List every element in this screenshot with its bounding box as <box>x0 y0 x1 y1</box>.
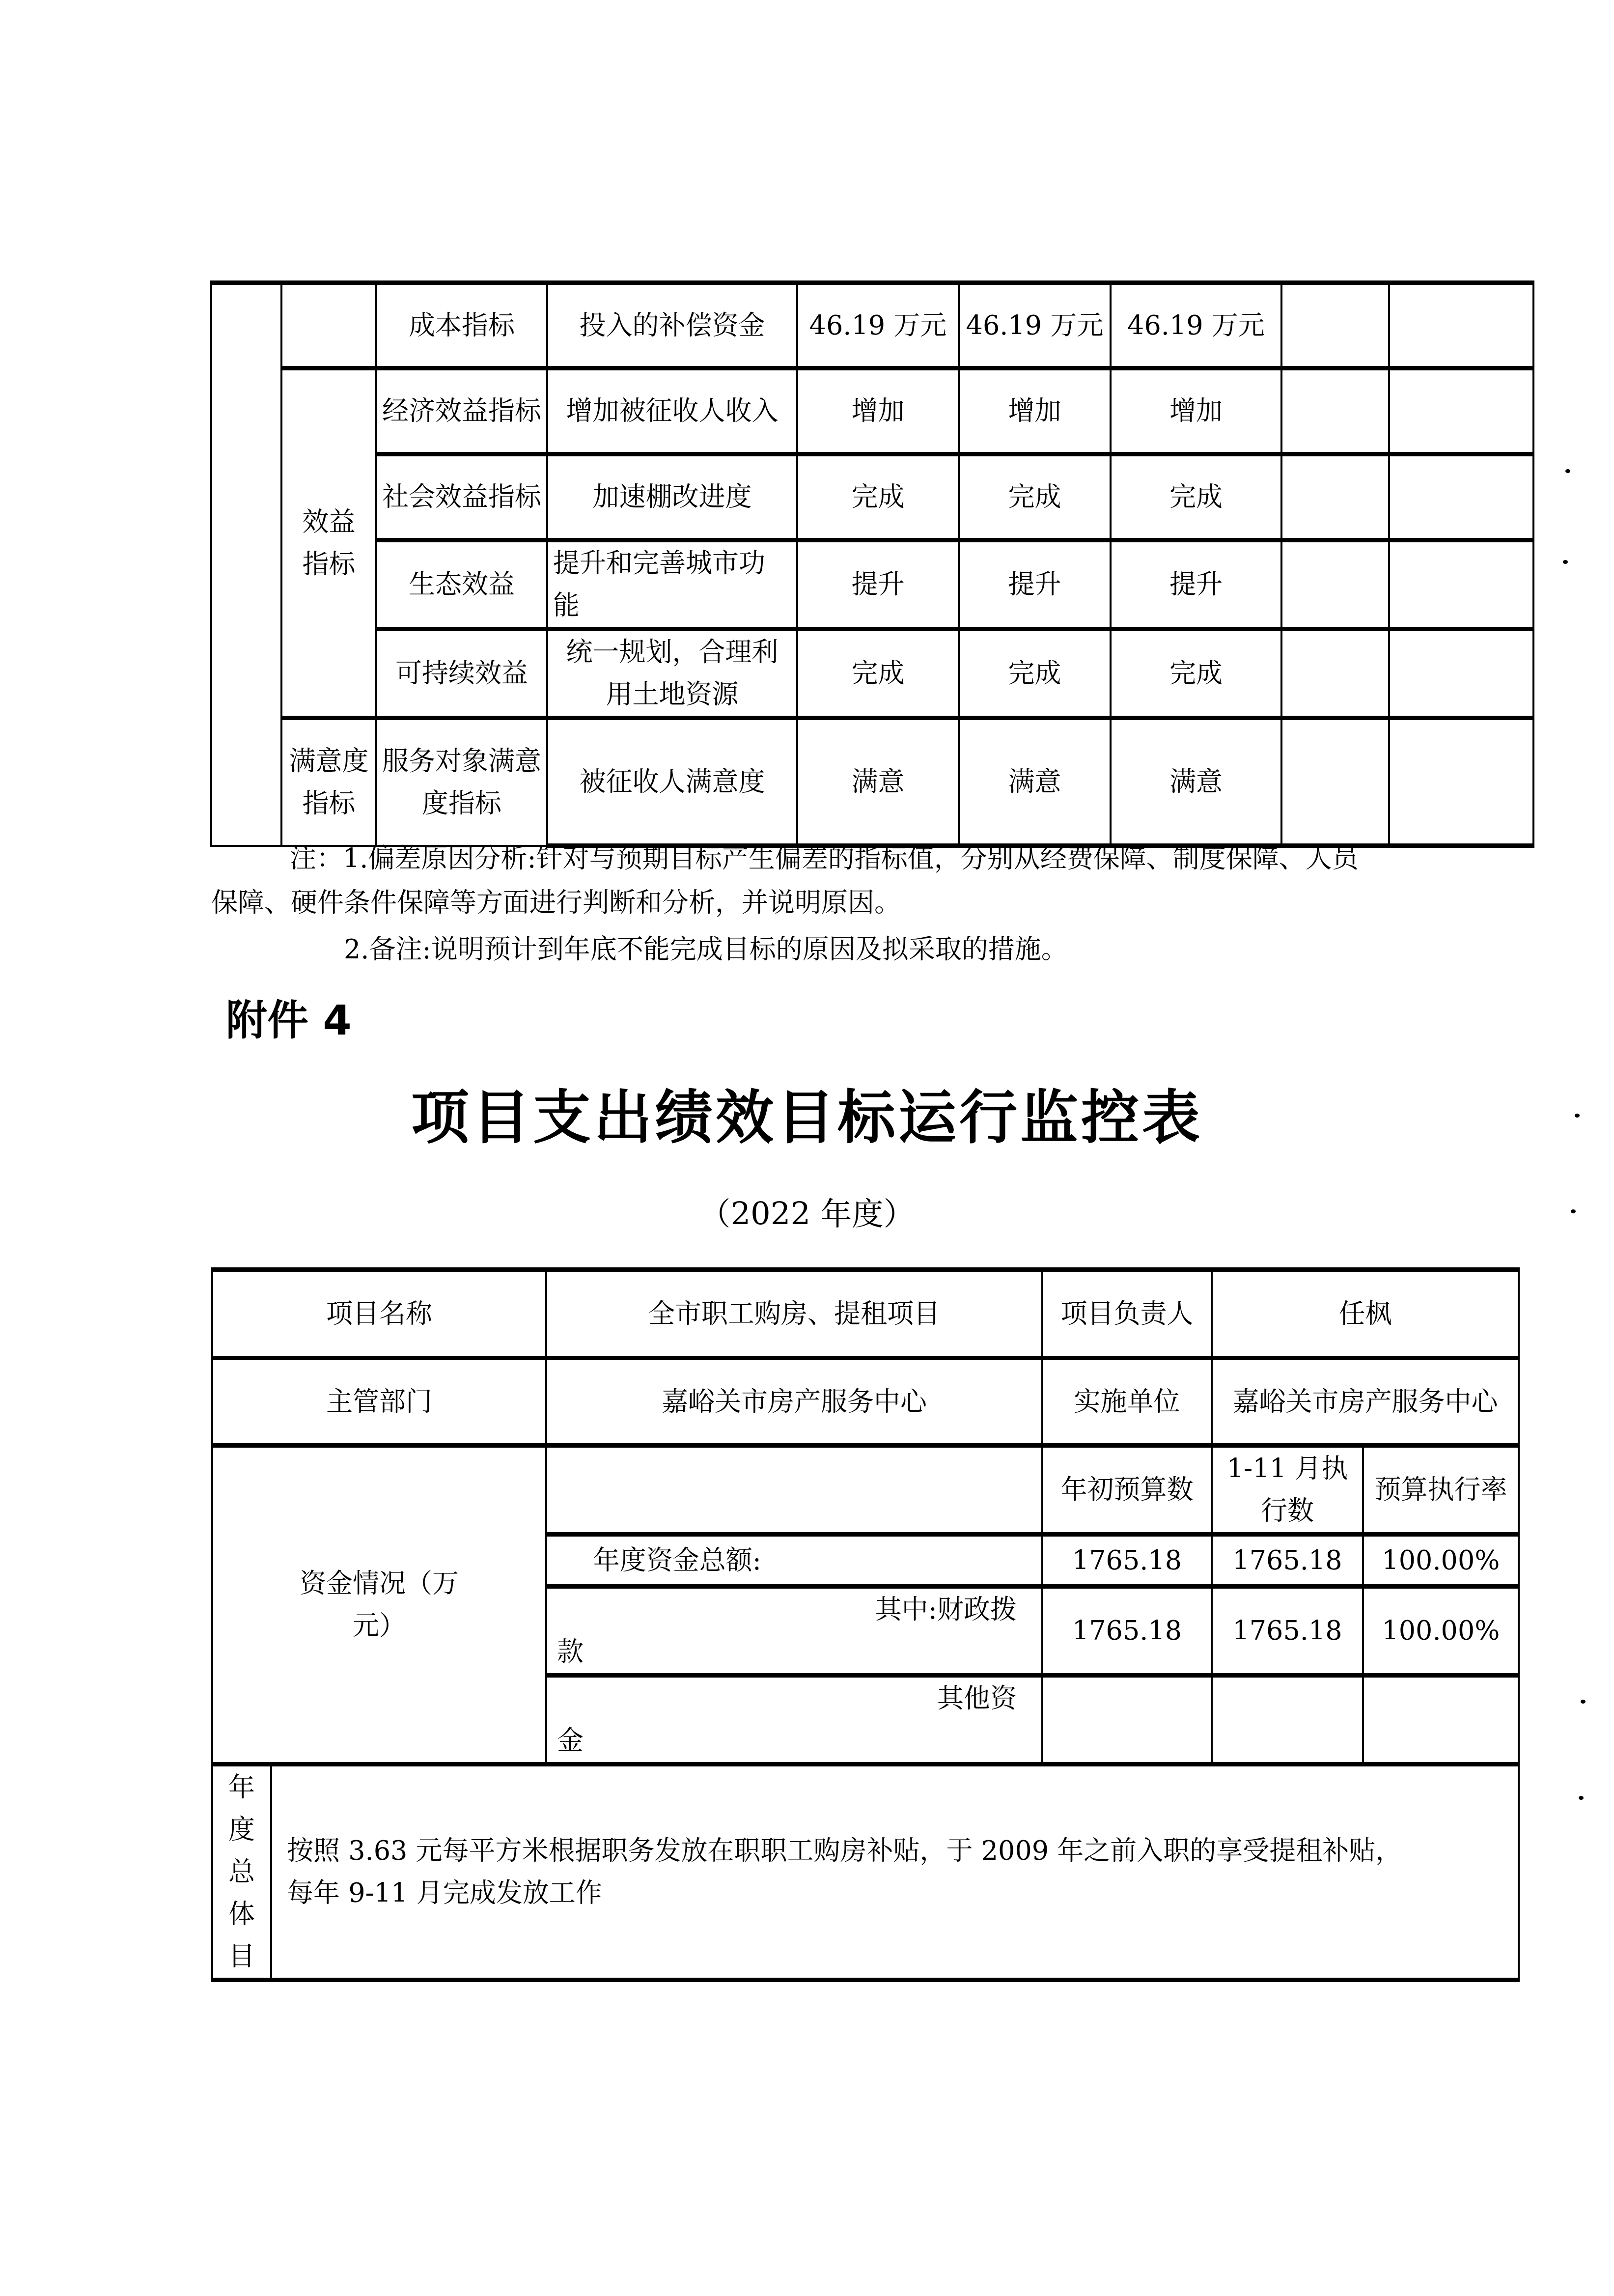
deviation-cell <box>1281 718 1389 846</box>
impl-label: 实施单位 <box>1042 1358 1212 1446</box>
project-name-label: 项目名称 <box>212 1270 546 1358</box>
funds-other-label-line2: 金 <box>557 1720 1017 1762</box>
funds-fiscal-label: 其中:财政拨 款 <box>546 1587 1042 1676</box>
page-subtitle: （2022 年度） <box>0 1189 1614 1234</box>
content-sustainable: 统一规划，合理利用土地资源 <box>547 629 797 718</box>
funds-total-budget: 1765.18 <box>1042 1535 1212 1587</box>
content-satisfaction: 被征收人满意度 <box>547 718 797 846</box>
annual-goal-text: 按照 3.63 元每平方米根据职务发放在职职工购房补贴，于 2009 年之前入职… <box>271 1764 1519 1980</box>
funds-header-blank <box>546 1446 1042 1535</box>
remark-cell <box>1389 540 1533 629</box>
value-3: 提升 <box>1111 540 1281 629</box>
page-title: 项目支出绩效目标运行监控表 <box>0 1071 1614 1154</box>
value-1: 完成 <box>797 454 959 540</box>
funds-total-label: 年度资金总额: <box>546 1535 1042 1587</box>
content-economic: 增加被征收人收入 <box>547 368 797 454</box>
project-monitoring-table: 项目名称 全市职工购房、提租项目 项目负责人 任枫 主管部门 嘉峪关市房产服务中… <box>211 1267 1520 1982</box>
deviation-cell <box>1281 368 1389 454</box>
note-line-2: 保障、硬件条件保障等方面进行判断和分析，并说明原因。 <box>211 882 901 924</box>
annual-goal-line-2: 每年 9-11 月完成发放工作 <box>287 1872 1513 1914</box>
value-3: 完成 <box>1111 454 1281 540</box>
note-line-1: 注：1.偏差原因分析:针对与预期目标产生偏差的指标值，分别从经费保障、制度保障、… <box>290 838 1359 880</box>
attachment-label: 附件 4 <box>226 987 352 1047</box>
value-2: 完成 <box>959 629 1111 718</box>
annual-goal-label: 年度总体目 <box>212 1764 271 1980</box>
dept-label: 主管部门 <box>212 1358 546 1446</box>
funds-fiscal-rate: 100.00% <box>1363 1587 1519 1676</box>
project-name-value: 全市职工购房、提租项目 <box>546 1270 1042 1358</box>
indicator-economic: 经济效益指标 <box>376 368 547 454</box>
value-2: 提升 <box>959 540 1111 629</box>
funds-header-rate: 预算执行率 <box>1363 1446 1519 1535</box>
value-3: 增加 <box>1111 368 1281 454</box>
value-1: 46.19 万元 <box>797 283 959 368</box>
group-cell-blank <box>281 283 376 368</box>
scan-speck <box>1565 469 1570 473</box>
scan-speck <box>1563 560 1568 564</box>
remark-cell <box>1389 454 1533 540</box>
funds-fiscal-label-line2: 款 <box>557 1631 1017 1673</box>
dept-value: 嘉峪关市房产服务中心 <box>546 1358 1042 1446</box>
funds-total-executed: 1765.18 <box>1212 1535 1363 1587</box>
remark-cell <box>1389 718 1533 846</box>
remark-cell <box>1389 629 1533 718</box>
value-3: 完成 <box>1111 629 1281 718</box>
value-1: 满意 <box>797 718 959 846</box>
funds-other-budget <box>1042 1676 1212 1764</box>
scan-speck <box>1581 1700 1586 1704</box>
deviation-cell <box>1281 629 1389 718</box>
impl-value: 嘉峪关市房产服务中心 <box>1212 1358 1519 1446</box>
remark-cell <box>1389 368 1533 454</box>
content-cost: 投入的补偿资金 <box>547 283 797 368</box>
funds-fiscal-budget: 1765.18 <box>1042 1587 1212 1676</box>
value-2: 满意 <box>959 718 1111 846</box>
performance-indicator-table: 成本指标 投入的补偿资金 46.19 万元 46.19 万元 46.19 万元 … <box>210 280 1534 848</box>
indicator-ecological: 生态效益 <box>376 540 547 629</box>
indicator-satisfaction: 服务对象满意度指标 <box>376 718 547 846</box>
value-1: 完成 <box>797 629 959 718</box>
leader-value: 任枫 <box>1212 1270 1519 1358</box>
deviation-cell <box>1281 540 1389 629</box>
scan-speck <box>1579 1796 1584 1800</box>
value-1: 增加 <box>797 368 959 454</box>
group-satisfaction-indicators: 满意度指标 <box>281 718 376 846</box>
funds-fiscal-label-line1: 其中:财政拨 <box>557 1589 1017 1631</box>
value-3: 46.19 万元 <box>1111 283 1281 368</box>
deviation-cell <box>1281 454 1389 540</box>
group-benefit-indicators: 效益指标 <box>281 368 376 718</box>
remark-cell <box>1389 283 1533 368</box>
value-1: 提升 <box>797 540 959 629</box>
note-line-3: 2.备注:说明预计到年底不能完成目标的原因及拟采取的措施。 <box>344 928 1068 971</box>
value-2: 46.19 万元 <box>959 283 1111 368</box>
funds-other-rate <box>1363 1676 1519 1764</box>
scan-speck <box>1575 1114 1580 1118</box>
value-2: 完成 <box>959 454 1111 540</box>
indicator-sustainable: 可持续效益 <box>376 629 547 718</box>
funds-label: 资金情况（万元） <box>212 1446 546 1764</box>
annual-goal-line-1: 按照 3.63 元每平方米根据职务发放在职职工购房补贴，于 2009 年之前入职… <box>287 1830 1513 1872</box>
value-3: 满意 <box>1111 718 1281 846</box>
funds-header-budget: 年初预算数 <box>1042 1446 1212 1535</box>
funds-other-label-line1: 其他资 <box>557 1678 1017 1720</box>
indicator-social: 社会效益指标 <box>376 454 547 540</box>
value-2: 增加 <box>959 368 1111 454</box>
leader-label: 项目负责人 <box>1042 1270 1212 1358</box>
funds-total-rate: 100.00% <box>1363 1535 1519 1587</box>
outer-group-cell <box>211 283 281 846</box>
content-ecological: 提升和完善城市功能 <box>547 540 797 629</box>
indicator-cost: 成本指标 <box>376 283 547 368</box>
funds-other-executed <box>1212 1676 1363 1764</box>
funds-fiscal-executed: 1765.18 <box>1212 1587 1363 1676</box>
content-social: 加速棚改进度 <box>547 454 797 540</box>
deviation-cell <box>1281 283 1389 368</box>
funds-other-label: 其他资 金 <box>546 1676 1042 1764</box>
funds-header-executed: 1-11 月执行数 <box>1212 1446 1363 1535</box>
scan-speck <box>1571 1209 1576 1213</box>
